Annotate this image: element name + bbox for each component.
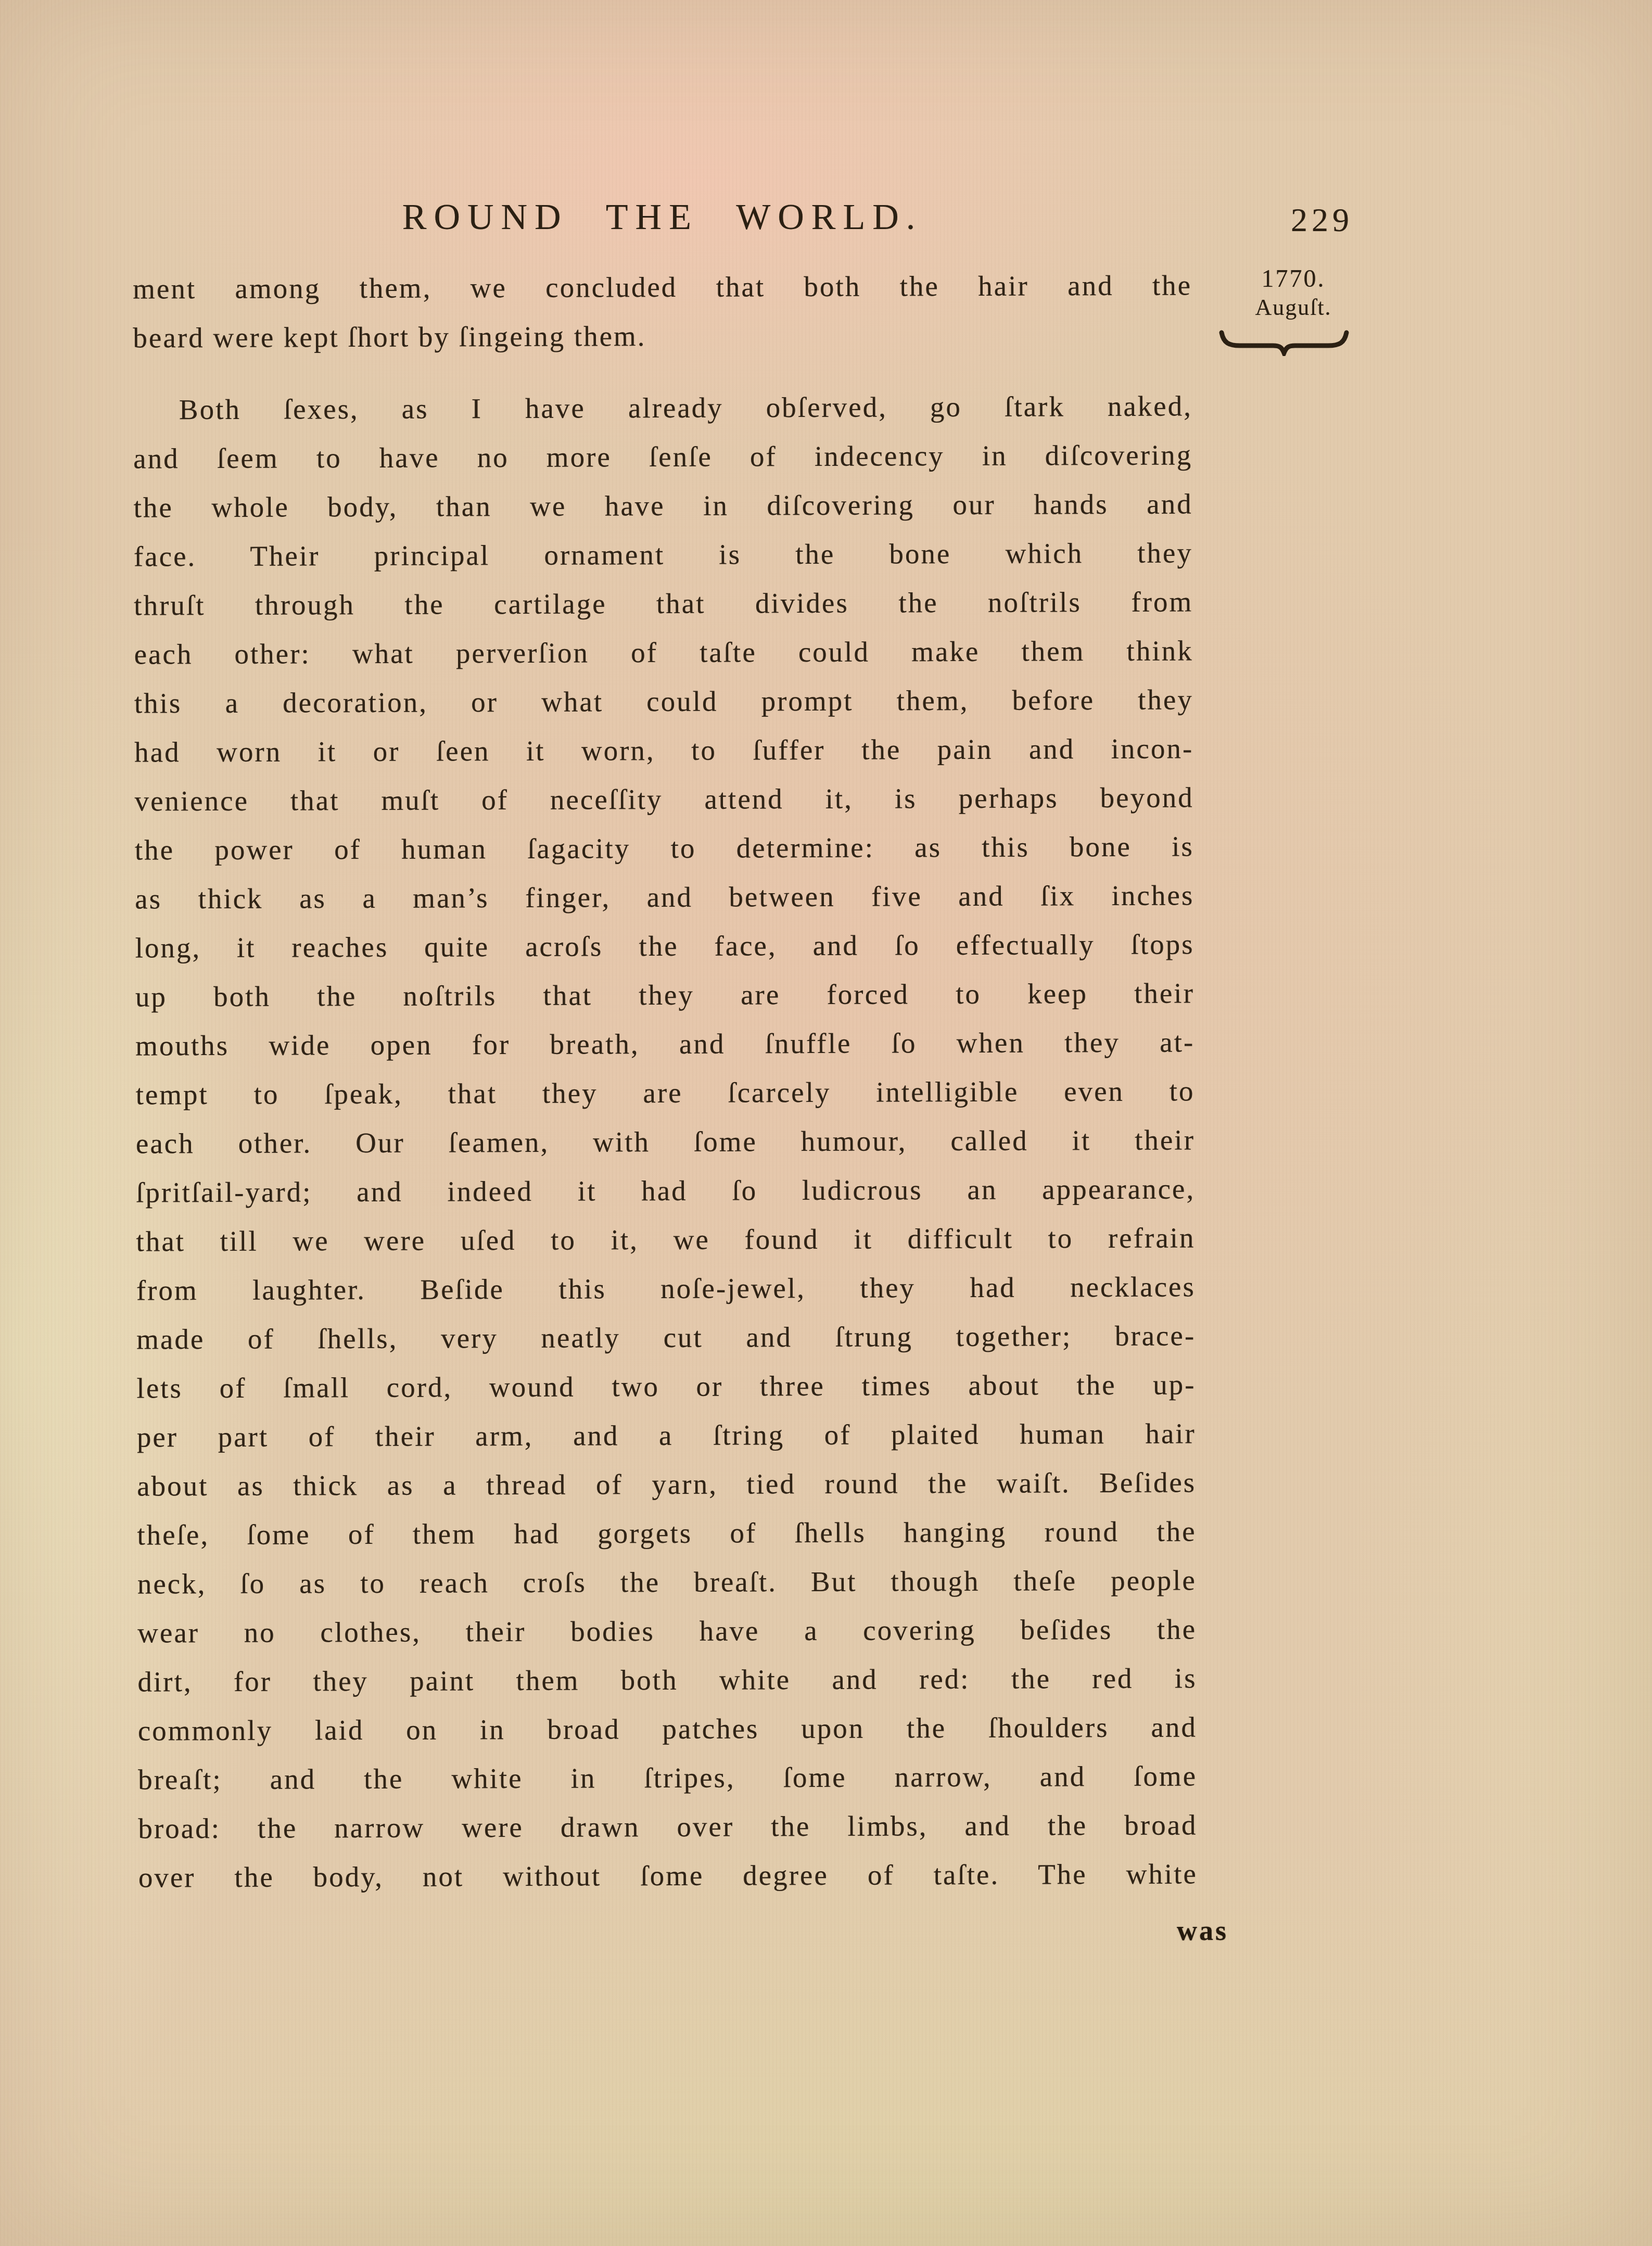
text-line: as thick as a man’s finger, and between … [135, 871, 1194, 923]
book-page: ROUND THE WORLD. 229 1770. Auguſt. ment … [0, 0, 1652, 2246]
text-line: lets of ſmall cord, wound two or three t… [136, 1360, 1196, 1413]
catchword: was [1119, 1914, 1228, 1947]
text-line: each other. Our ſeamen, with ſome humour… [136, 1115, 1195, 1168]
text-line: thruſt through the cartilage that divide… [134, 577, 1193, 630]
margin-note-month: Auguſt. [1234, 294, 1353, 322]
text-line: ment among them, we concluded that both … [133, 261, 1192, 313]
text-line: broad: the narrow were drawn over the li… [138, 1800, 1197, 1853]
text-line: venience that muſt of neceſſity attend i… [134, 773, 1193, 826]
text-line: beard were kept ſhort by ſingeing them. [133, 310, 1192, 362]
text-line: theſe, ſome of them had gorgets of ſhell… [137, 1507, 1196, 1559]
margin-note-year: 1770. [1234, 264, 1353, 294]
page-number: 229 [1291, 201, 1353, 239]
margin-note: 1770. Auguſt. [1234, 264, 1353, 322]
text-line: mouths wide open for breath, and ſnuffle… [135, 1018, 1194, 1070]
text-line: about as thick as a thread of yarn, tied… [137, 1458, 1196, 1511]
text-line: long, it reaches quite acroſs the face, … [135, 920, 1194, 972]
text-line: the whole body, than we have in diſcover… [133, 479, 1192, 532]
text-line: the power of human ſagacity to determine… [135, 822, 1194, 874]
text-line: ſpritſail-yard; and indeed it had ſo lud… [136, 1164, 1195, 1217]
text-line: up both the noſtrils that they are force… [135, 969, 1194, 1021]
text-line: this a decoration, or what could prompt … [134, 675, 1193, 728]
text-line: per part of their arm, and a ſtring of p… [137, 1409, 1196, 1462]
text-line: dirt, for they paint them both white and… [137, 1654, 1197, 1706]
body-text: ment among them, we concluded that both … [133, 261, 1198, 1902]
paragraph: Both ſexes, as I have already obſerved, … [133, 382, 1198, 1902]
text-line: wear no clothes, their bodies have a cov… [137, 1605, 1197, 1657]
text-line: and ſeem to have no more ſenſe of indece… [133, 430, 1192, 483]
running-header: ROUND THE WORLD. [133, 197, 1192, 238]
brace-icon [1218, 329, 1351, 356]
text-line: face. Their principal ornament is the bo… [134, 528, 1193, 581]
text-line: that till we were uſed to it, we found i… [136, 1213, 1195, 1266]
text-line: from laughter. Beſide this noſe-jewel, t… [136, 1262, 1196, 1315]
text-line: neck, ſo as to reach croſs the breaſt. B… [137, 1556, 1197, 1608]
text-line: tempt to ſpeak, that they are ſcarcely i… [135, 1067, 1194, 1119]
text-line: made of ſhells, very neatly cut and ſtru… [136, 1311, 1196, 1364]
text-line: each other: what perverſion of taſte cou… [134, 626, 1193, 679]
text-line: Both ſexes, as I have already obſerved, … [133, 382, 1192, 434]
text-line: commonly laid on in broad patches upon t… [138, 1703, 1197, 1755]
text-line: breaſt; and the white in ſtripes, ſome n… [138, 1752, 1197, 1804]
text-line: had worn it or ſeen it worn, to ſuffer t… [134, 724, 1193, 777]
text-line: over the body, not without ſome degree o… [138, 1849, 1198, 1902]
paragraph: ment among them, we concluded that both … [133, 261, 1192, 362]
